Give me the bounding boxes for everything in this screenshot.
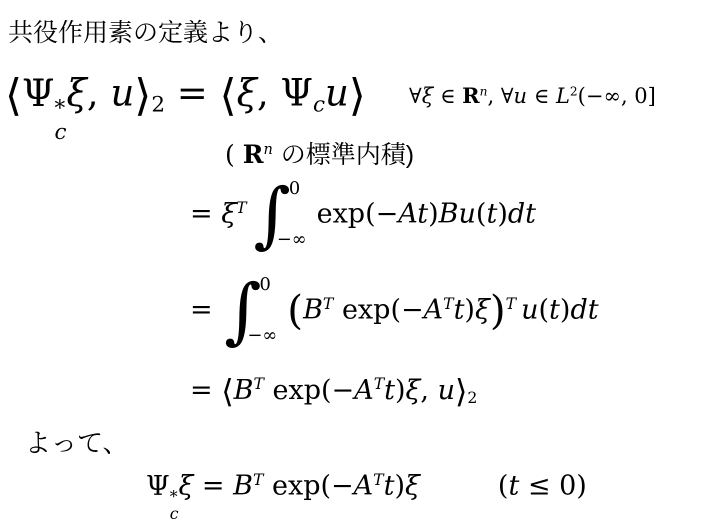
math-token: ⟩ [455, 372, 467, 410]
math-token: L [556, 84, 570, 108]
math-token: ξ [422, 84, 434, 108]
math-token: t [486, 198, 497, 229]
derivation-step-2: = ∫0−∞(BT exp(−ATt)ξ)Tu(t)dt [190, 277, 599, 345]
math-token: ∈ [433, 84, 462, 108]
math-token: ⟨ [220, 70, 237, 121]
math-token: ) [394, 471, 405, 502]
math-token: = [190, 198, 221, 229]
math-token: T [373, 470, 383, 489]
math-token: ( [498, 471, 509, 502]
math-token: T [253, 470, 263, 489]
math-token: ∀ [501, 84, 514, 108]
integral-symbol: ∫0−∞ [254, 181, 307, 249]
math-token: ( [476, 198, 487, 229]
math-token: B [233, 471, 253, 502]
math-token: ξ [221, 198, 236, 229]
math-token: u [110, 72, 134, 115]
math-token: ξ [67, 72, 87, 115]
math-token: exp(− [263, 471, 353, 502]
math-token: T [323, 294, 333, 313]
math-token: At [398, 198, 428, 229]
intro-text: 共役作用素の定義より、 [8, 13, 283, 49]
math-token: t [549, 294, 560, 325]
math-token: , [487, 84, 500, 108]
math-token: 0 [559, 471, 576, 502]
derivation-step-1: = ξT∫0−∞exp(−At)Bu(t)dt [190, 181, 536, 249]
math-token: B [234, 375, 254, 406]
math-token: R [462, 83, 479, 108]
math-token: ≤ [519, 471, 559, 502]
math-token: ) [560, 294, 571, 325]
math-token: A [424, 294, 444, 325]
math-token: , [257, 72, 281, 115]
math-token: t [454, 294, 465, 325]
math-token: A [354, 471, 374, 502]
math-token: ) [497, 198, 508, 229]
math-token: exp(− [333, 294, 423, 325]
math-token: = [165, 72, 220, 115]
math-token: ξ [406, 375, 421, 406]
math-token: ⟨ [221, 372, 233, 410]
math-token: ( [539, 294, 550, 325]
math-token: の標準内積) [281, 141, 414, 169]
math-token: , [87, 72, 111, 115]
math-token: t [384, 375, 395, 406]
math-token: ∈ [527, 84, 556, 108]
math-token: dt [570, 294, 598, 325]
math-token: u [325, 72, 349, 115]
math-token: ξ [405, 471, 420, 502]
math-token: ⟩ [134, 70, 151, 121]
symbol-with-sup-sub: Ψ*c [22, 72, 66, 146]
math-token: ⟩ [349, 70, 366, 121]
math-token: ) [428, 198, 439, 229]
math-token: ) [395, 375, 406, 406]
math-token: u [514, 84, 528, 108]
math-token: R [243, 140, 264, 169]
math-token: A [354, 375, 374, 406]
math-token: T [506, 294, 516, 313]
symbol-with-sup-sub: Ψ*c [146, 471, 178, 523]
math-token: T [254, 374, 264, 393]
quantifier-condition: ∀ξ ∈ Rn, ∀u ∈ L2(−∞, 0] [409, 83, 656, 108]
therefore-text: よって、 [25, 423, 128, 460]
math-token: exp(− [264, 375, 354, 406]
math-token [273, 140, 281, 169]
math-token: Ψ [280, 72, 312, 115]
derivation-step-3: = ⟨BT exp(−ATt)ξ, u⟩2 [190, 372, 477, 410]
page: { "page": {"background": "#ffffff", "tex… [0, 0, 721, 525]
math-token: u [438, 375, 455, 406]
math-token: ⟨ [5, 70, 22, 121]
math-token: ( [225, 140, 243, 169]
math-token: , [420, 375, 437, 406]
math-token: n [263, 142, 272, 158]
math-token: c [313, 93, 325, 118]
inner-product-note: ( Rn の標準内積) [225, 135, 414, 171]
math-token: = [190, 294, 221, 325]
math-token: T [236, 198, 246, 217]
math-token: ξ [178, 471, 193, 502]
math-token: ξ [237, 72, 257, 115]
math-token: exp(− [317, 198, 399, 229]
math-token: u [521, 294, 538, 325]
math-token: t [508, 471, 519, 502]
final-result-equation: Ψ*cξ = BT exp(−ATt)ξ(t ≤ 0) [146, 470, 587, 523]
math-token: = [190, 375, 221, 406]
math-token: t [384, 471, 395, 502]
math-token: ( [287, 286, 303, 334]
math-token: ) [576, 471, 587, 502]
math-token: ∀ [409, 84, 422, 108]
math-token: = [193, 471, 233, 502]
math-token: ξ [475, 294, 490, 325]
math-token: 2 [570, 84, 578, 98]
math-token: ) [490, 286, 506, 334]
integral-symbol: ∫0−∞ [224, 277, 277, 345]
math-token: (−∞, 0] [578, 84, 656, 108]
math-token: 2 [151, 93, 165, 118]
math-token: 2 [467, 388, 477, 407]
math-token: Bu [439, 198, 476, 229]
math-token: B [303, 294, 323, 325]
math-token: T [374, 374, 384, 393]
math-token: ) [464, 294, 475, 325]
math-token: dt [508, 198, 536, 229]
math-token: T [443, 294, 453, 313]
